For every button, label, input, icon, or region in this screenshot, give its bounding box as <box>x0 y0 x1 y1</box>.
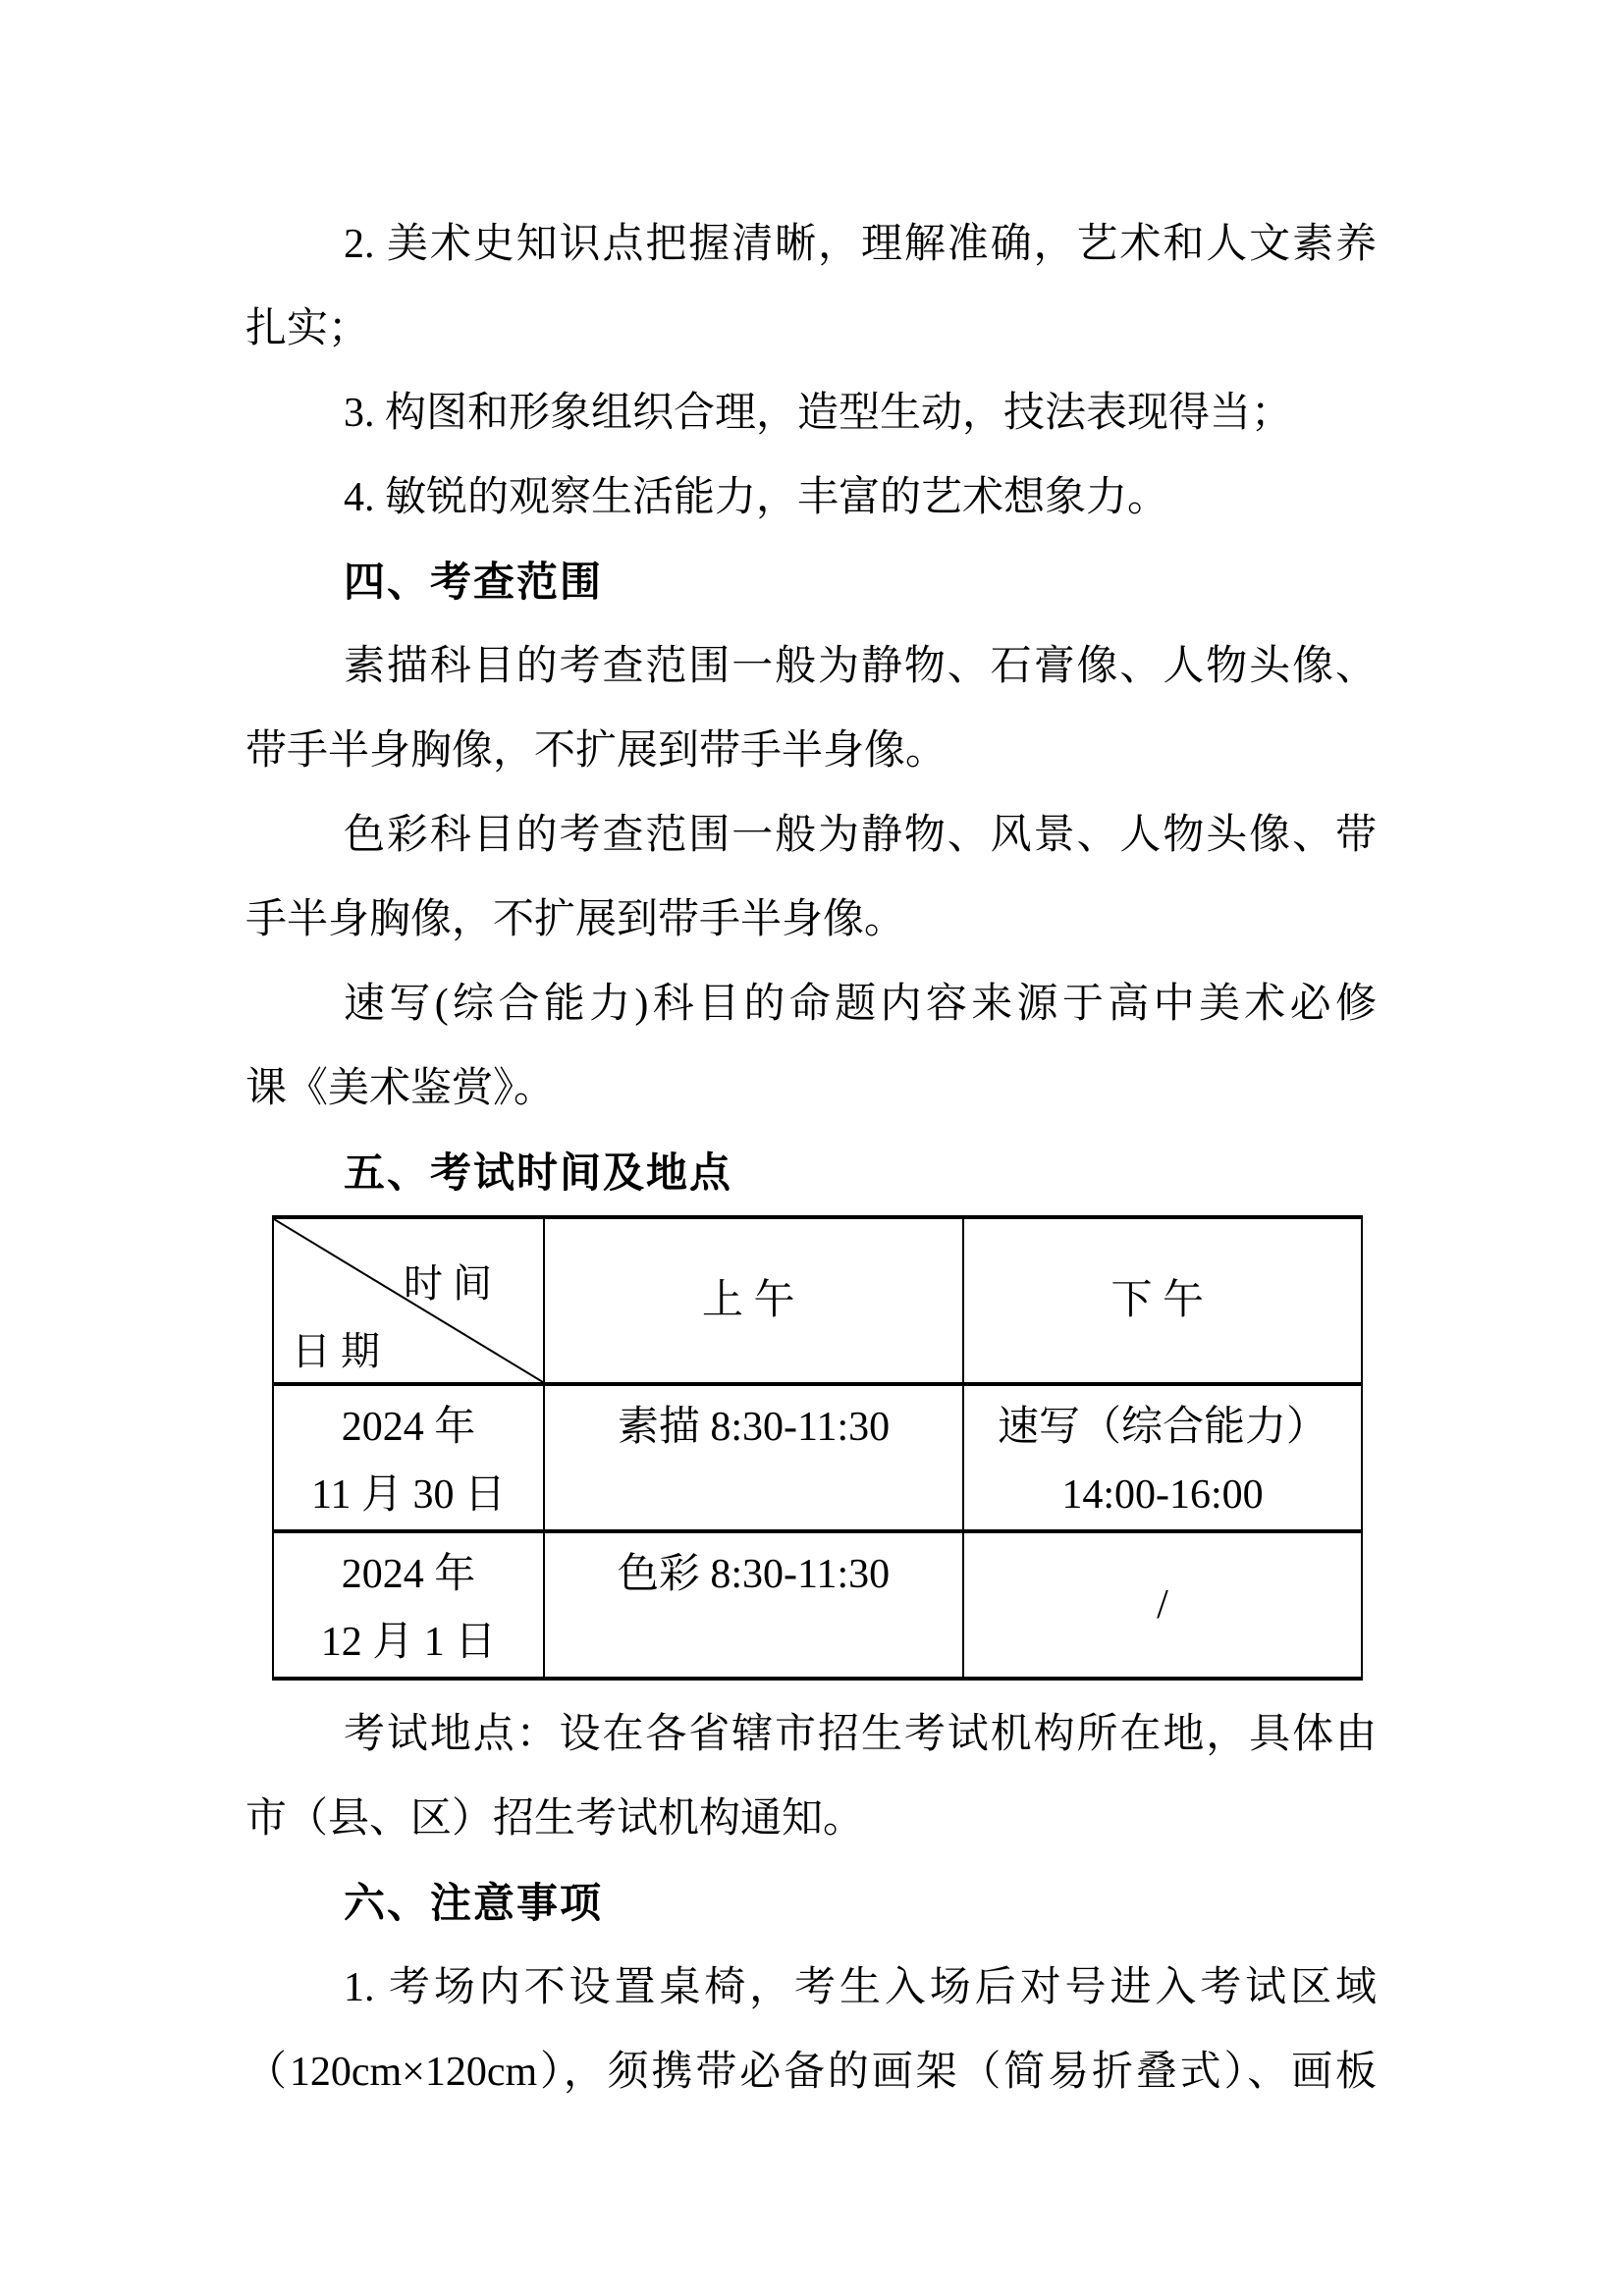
sketch-scope-line-1: 素描科目的考查范围一般为静物、石膏像、人物头像、 <box>245 624 1377 709</box>
quicksketch-scope-line-1: 速写(综合能力)科目的命题内容来源于高中美术必修 <box>245 962 1377 1046</box>
column-header-morning: 上午 <box>545 1219 962 1382</box>
color-scope-line-1: 色彩科目的考查范围一般为静物、风景、人物头像、带 <box>245 793 1377 878</box>
afternoon-cell-dec1: / <box>963 1531 1362 1679</box>
note-1-line-2: （120cm×120cm），须携带必备的画架（简易折叠式）、画板 <box>245 2030 1377 2114</box>
column-header-morning-cell: 上午 <box>544 1217 963 1384</box>
document-page: 2. 美术史知识点把握清晰，理解准确，艺术和人文素养 扎实； 3. 构图和形象组… <box>0 0 1624 2296</box>
afternoon-exam-time: 14:00-16:00 <box>964 1462 1361 1529</box>
exam-location-line-1: 考试地点：设在各省辖市招生考试机构所在地，具体由 <box>245 1692 1377 1777</box>
exam-location-line-2: 市（县、区）招生考试机构通知。 <box>245 1777 1377 1861</box>
column-header-afternoon-cell: 下午 <box>963 1217 1362 1384</box>
morning-exam: 素描 8:30-11:30 <box>545 1394 962 1462</box>
corner-label-date: 日期 <box>292 1320 390 1376</box>
item-4: 4. 敏锐的观察生活能力，丰富的艺术想象力。 <box>245 455 1377 540</box>
color-scope-line-2: 手半身胸像，不扩展到带手半身像。 <box>245 878 1377 962</box>
item-2-line-2: 扎实； <box>245 287 1377 371</box>
date-day: 12 月 1 日 <box>274 1609 543 1677</box>
column-header-afternoon: 下午 <box>964 1219 1361 1382</box>
table-row-dec1: 2024 年 12 月 1 日 色彩 8:30-11:30 / <box>273 1531 1362 1679</box>
morning-exam: 色彩 8:30-11:30 <box>545 1541 962 1609</box>
table-corner-cell: 时间 日期 <box>273 1217 544 1384</box>
morning-cell-dec1: 色彩 8:30-11:30 <box>544 1531 963 1679</box>
section-heading-scope: 四、考查范围 <box>245 540 1377 624</box>
item-2-line-1: 2. 美术史知识点把握清晰，理解准确，艺术和人文素养 <box>245 202 1377 287</box>
morning-cell-nov30: 素描 8:30-11:30 <box>544 1384 963 1531</box>
section-heading-schedule: 五、考试时间及地点 <box>245 1131 1377 1215</box>
corner-label-time: 时间 <box>404 1253 502 1308</box>
afternoon-exam: 速写（综合能力） <box>964 1394 1361 1462</box>
date-year: 2024 年 <box>274 1394 543 1462</box>
table-row-nov30: 2024 年 11 月 30 日 素描 8:30-11:30 速写（综合能力） … <box>273 1384 1362 1531</box>
date-year: 2024 年 <box>274 1541 543 1609</box>
empty-line <box>545 1462 962 1529</box>
date-day: 11 月 30 日 <box>274 1462 543 1529</box>
date-cell-dec1: 2024 年 12 月 1 日 <box>273 1531 544 1679</box>
sketch-scope-line-2: 带手半身胸像，不扩展到带手半身像。 <box>245 709 1377 793</box>
empty-line <box>545 1609 962 1677</box>
quicksketch-scope-line-2: 课《美术鉴赏》。 <box>245 1046 1377 1131</box>
table-header-row: 时间 日期 上午 下午 <box>273 1217 1362 1384</box>
item-3: 3. 构图和形象组织合理，造型生动，技法表现得当； <box>245 371 1377 455</box>
afternoon-cell-nov30: 速写（综合能力） 14:00-16:00 <box>963 1384 1362 1531</box>
note-1-line-1: 1. 考场内不设置桌椅，考生入场后对号进入考试区域 <box>245 1946 1377 2030</box>
date-cell-nov30: 2024 年 11 月 30 日 <box>273 1384 544 1531</box>
no-exam-slash: / <box>964 1533 1361 1677</box>
exam-schedule-table: 时间 日期 上午 下午 2024 年 11 月 30 日 素描 8:30-11:… <box>272 1215 1363 1681</box>
section-heading-notes: 六、注意事项 <box>245 1861 1377 1946</box>
